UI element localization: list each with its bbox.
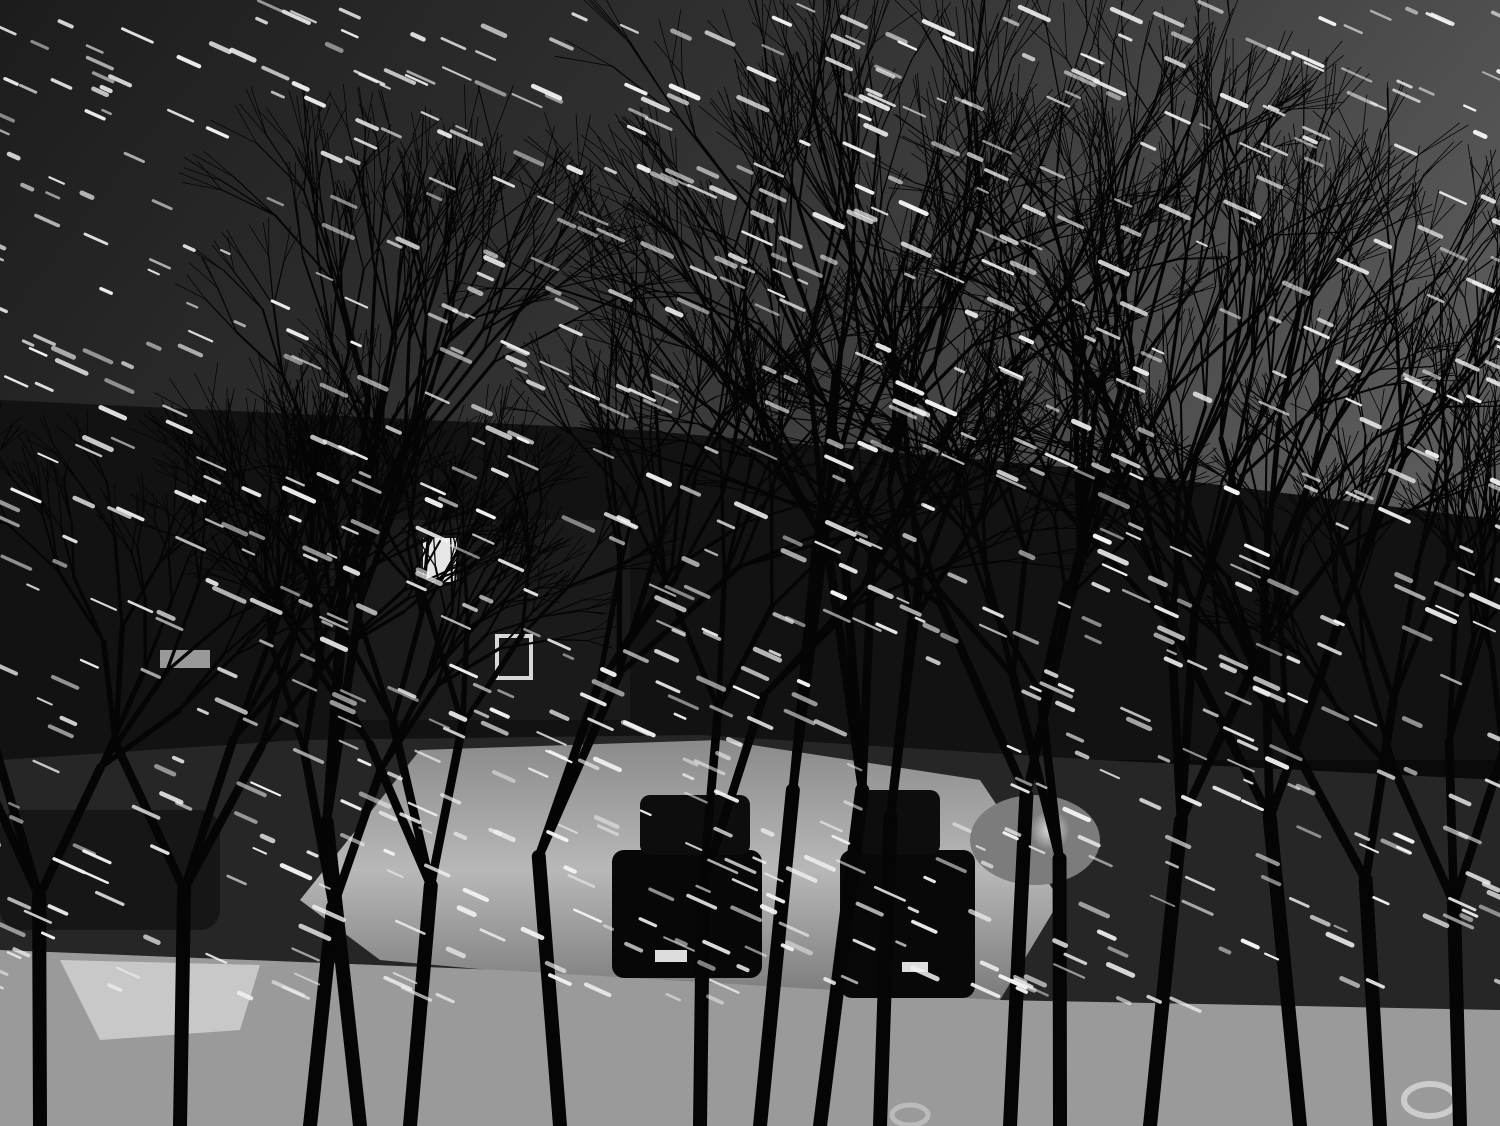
parked-car-far-right <box>970 795 1100 885</box>
license-plate <box>655 950 687 962</box>
night-snowfall-photo <box>0 0 1500 1126</box>
photo-canvas <box>0 0 1500 1126</box>
